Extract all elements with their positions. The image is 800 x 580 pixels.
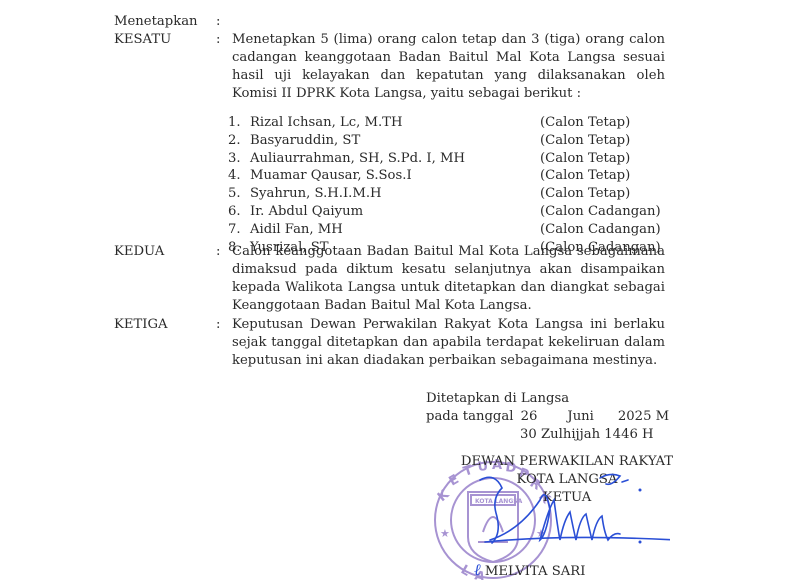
candidate-name: Muamar Qausar, S.Sos.I [250, 167, 412, 185]
kesatu-line: cadangan keanggotaan Badan Baitul Mal Ko… [232, 49, 665, 67]
candidate-num: 7. [228, 221, 241, 239]
candidate-status: (Calon Cadangan) [540, 221, 661, 239]
menetapkan-label: Menetapkan [114, 13, 214, 31]
candidate-status: (Calon Tetap) [540, 132, 630, 150]
candidate-row: 1.Rizal Ichsan, Lc, M.TH(Calon Tetap) [228, 114, 668, 132]
candidate-name: Ir. Abdul Qaiyum [250, 203, 363, 221]
candidate-num: 2. [228, 132, 241, 150]
candidate-row: 2.Basyaruddin, ST(Calon Tetap) [228, 132, 668, 150]
candidate-row: 3.Auliaurrahman, SH, S.Pd. I, MH(Calon T… [228, 150, 668, 168]
place-line: Ditetapkan di Langsa [426, 390, 686, 408]
kesatu-label: KESATU [114, 31, 214, 49]
candidate-status: (Calon Tetap) [540, 185, 630, 203]
kesatu-line: hasil uji kelayakan dan kepatutan yang d… [232, 67, 665, 85]
ketiga-line: sejak tanggal ditetapkan dan apabila ter… [232, 334, 665, 352]
handwritten-signature-icon [470, 470, 670, 570]
candidate-status: (Calon Tetap) [540, 114, 630, 132]
ketiga-body: Keputusan Dewan Perwakilan Rakyat Kota L… [232, 316, 665, 370]
candidate-row: 4.Muamar Qausar, S.Sos.I(Calon Tetap) [228, 167, 668, 185]
signer-name-line: ℓ MELVITA SARI [474, 561, 585, 580]
candidate-status: (Calon Cadangan) [540, 203, 661, 221]
candidate-row: 7.Aidil Fan, MH(Calon Cadangan) [228, 221, 668, 239]
candidate-name: Aidil Fan, MH [250, 221, 343, 239]
kedua-line: kepada Walikota Langsa untuk ditetapkan … [232, 279, 665, 297]
ketiga-line: Keputusan Dewan Perwakilan Rakyat Kota L… [232, 316, 665, 334]
date-line: pada tanggal 26Juni2025 M [426, 408, 686, 426]
candidate-num: 3. [228, 150, 241, 168]
candidate-num: 6. [228, 203, 241, 221]
kedua-body: Calon keanggotaan Badan Baitul Mal Kota … [232, 243, 665, 315]
candidate-name: Syahrun, S.H.I.M.H [250, 185, 382, 203]
ketiga-line: keputusan ini akan diadakan perbaikan se… [232, 352, 665, 370]
kedua-colon: : [216, 243, 220, 261]
signature-initial-icon: ℓ [474, 560, 481, 579]
kesatu-line: Komisi II DPRK Kota Langsa, yaitu sebaga… [232, 85, 665, 103]
candidate-list: 1.Rizal Ichsan, Lc, M.TH(Calon Tetap)2.B… [228, 114, 668, 256]
signer-name: MELVITA SARI [485, 564, 586, 579]
kesatu-line: Menetapkan 5 (lima) orang calon tetap da… [232, 31, 665, 49]
candidate-name: Basyaruddin, ST [250, 132, 360, 150]
ketiga-colon: : [216, 316, 220, 334]
candidate-num: 5. [228, 185, 241, 203]
candidate-num: 4. [228, 167, 241, 185]
kedua-line: Calon keanggotaan Badan Baitul Mal Kota … [232, 243, 665, 261]
date-day: 26 [521, 408, 538, 426]
menetapkan-colon: : [216, 13, 220, 31]
signature-date-block: Ditetapkan di Langsa pada tanggal 26Juni… [426, 390, 686, 444]
kedua-line: dimaksud pada diktum kesatu selanjutnya … [232, 261, 665, 279]
candidate-status: (Calon Tetap) [540, 150, 630, 168]
hijri-date: 30 Zulhijjah 1446 H [426, 426, 686, 444]
candidate-row: 5.Syahrun, S.H.I.M.H(Calon Tetap) [228, 185, 668, 203]
ketiga-label: KETIGA [114, 316, 214, 334]
decree-page: Menetapkan : KESATU : Menetapkan 5 (lima… [0, 0, 800, 580]
kedua-label: KEDUA [114, 243, 214, 261]
candidate-name: Auliaurrahman, SH, S.Pd. I, MH [250, 150, 465, 168]
date-value: 26Juni2025 M [518, 408, 670, 426]
candidate-row: 6.Ir. Abdul Qaiyum(Calon Cadangan) [228, 203, 668, 221]
date-month: Juni [567, 408, 594, 426]
candidate-status: (Calon Tetap) [540, 167, 630, 185]
date-prefix: pada tanggal [426, 408, 513, 426]
kedua-line: Keanggotaan Badan Baitul Mal Kota Langsa… [232, 297, 665, 315]
office-line-1: DEWAN PERWAKILAN RAKYAT [452, 453, 682, 471]
kesatu-body: Menetapkan 5 (lima) orang calon tetap da… [232, 31, 665, 103]
candidate-num: 1. [228, 114, 241, 132]
candidate-name: Rizal Ichsan, Lc, M.TH [250, 114, 402, 132]
date-year: 2025 M [618, 408, 669, 426]
svg-text:★: ★ [440, 527, 450, 540]
kesatu-colon: : [216, 31, 220, 49]
